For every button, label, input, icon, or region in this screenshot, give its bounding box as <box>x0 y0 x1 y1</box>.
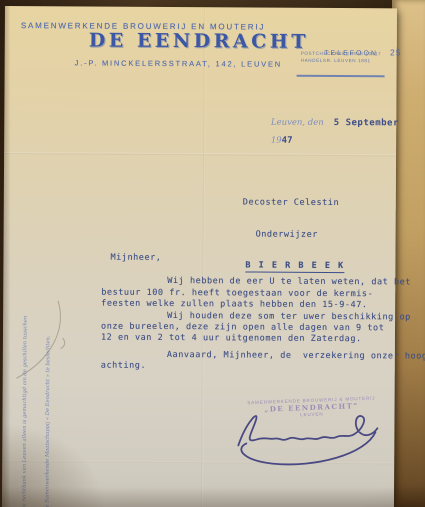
dateline-printed-century: 19 <box>271 136 282 146</box>
recipient-occupation: Onderwijzer <box>256 229 345 240</box>
closing-line: Aanvaard, Mijnheer, de verzekering onzer… <box>167 350 425 362</box>
dateline-typed-date: 5 September <box>334 118 399 128</box>
trade-register-line: HANDELSR. LEUVEN 1881 <box>301 58 371 63</box>
body-line: Wij hebben de eer U te laten weten, dat … <box>167 276 411 287</box>
body-line: bestuur 100 fr. heeft toegestaan voor de… <box>101 287 373 299</box>
handwritten-signature-icon <box>224 397 389 476</box>
photo-of-letter: SAMENWERKENDE BROUWERIJ EN MOUTERIJ DE E… <box>0 0 425 507</box>
letter-paper: SAMENWERKENDE BROUWERIJ EN MOUTERIJ DE E… <box>2 6 397 507</box>
margin-legal-note: De rechtbank van Leuven alleen is gemach… <box>6 278 23 507</box>
closing-line: achting. <box>101 360 146 370</box>
letterhead-rule <box>297 75 385 77</box>
backing-board <box>392 0 425 507</box>
telephone-number: 25 <box>390 47 402 57</box>
body-line: Wij houden deze som ter uwer beschikking… <box>167 311 411 322</box>
margin-note-line: de Samenwerkende Maatschappij « De Eendr… <box>44 278 53 507</box>
vertical-fold-crease <box>201 7 206 507</box>
recipient-name: Decoster Celestin <box>243 197 345 208</box>
salutation: Mijnheer, <box>110 253 161 263</box>
body-line: feesten welke zullen plaats hebben den 1… <box>101 299 367 311</box>
dateline-place: Leuven, den <box>271 118 324 128</box>
dateline-typed-year: 47 <box>282 136 293 146</box>
postcheck-line: POSTCHECKREKENING 10417 <box>301 51 381 56</box>
body-line: 12 en van 2 tot 4 uur uitgenomen den Zat… <box>101 332 362 344</box>
company-name: DE EENDRACHT <box>89 30 309 53</box>
company-address: J.-P. MINCKELERSSTRAAT, 142, LEUVEN <box>75 58 282 68</box>
margin-note-line: De rechtbank van Leuven alleen is gemach… <box>21 278 30 507</box>
dateline: Leuven, den5 September 1947 <box>244 93 399 166</box>
recipient-city: B I E R B E E K <box>245 260 344 272</box>
